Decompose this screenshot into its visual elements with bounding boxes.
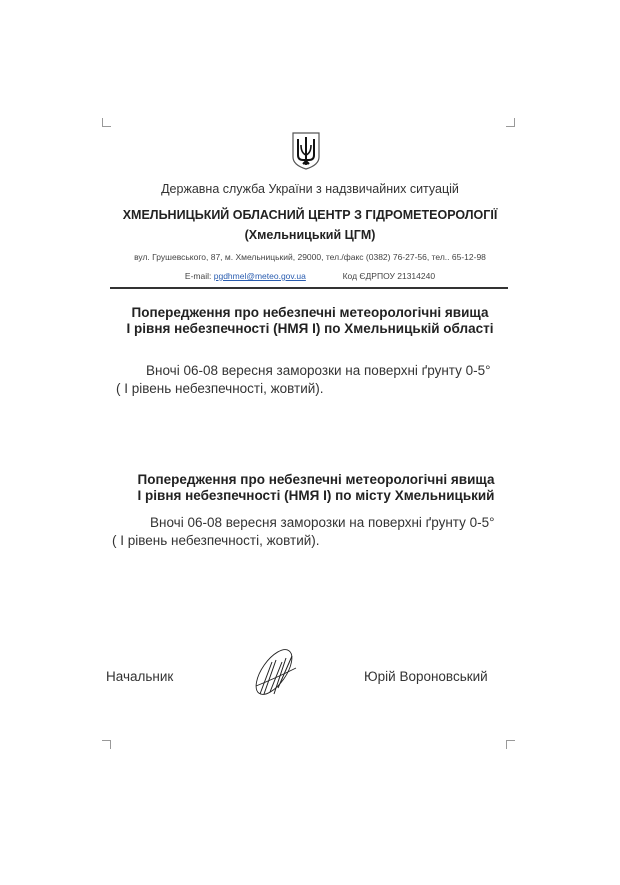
handwritten-signature xyxy=(246,648,304,700)
page-corner-mark xyxy=(102,118,111,127)
service-name: Державна служба України з надзвичайних с… xyxy=(0,182,620,196)
page-corner-mark xyxy=(506,740,515,749)
address: вул. Грушевського, 87, м. Хмельницький, … xyxy=(0,252,620,262)
organization-short-name: (Хмельницький ЦГМ) xyxy=(0,228,620,242)
warning-1-title-line1: Попередження про небезпечні метеорологіч… xyxy=(0,305,620,321)
email-link[interactable]: pgdhmel@meteo.gov.ua xyxy=(214,271,306,281)
header-divider xyxy=(110,287,508,289)
signatory-position: Начальник xyxy=(106,669,173,684)
warning-1-title-line2: І рівня небезпечності (НМЯ І) по Хмельни… xyxy=(0,321,620,337)
warning-1-body-line2: ( І рівень небезпечності, жовтий). xyxy=(116,380,324,398)
contact-line: E-mail: pgdhmel@meteo.gov.ua Код ЄДРПОУ … xyxy=(0,271,620,281)
warning-2-body-line2: ( І рівень небезпечності, жовтий). xyxy=(112,532,320,550)
page-corner-mark xyxy=(102,740,111,749)
email-label: E-mail: xyxy=(185,271,211,281)
warning-2-body-line1: Вночі 06-08 вересня заморозки на поверхн… xyxy=(150,514,495,532)
warning-2-title-line2: І рівня небезпечності (НМЯ І) по місту Х… xyxy=(6,488,620,504)
ukraine-coat-of-arms-icon xyxy=(291,131,321,171)
warning-2-title-line1: Попередження про небезпечні метеорологіч… xyxy=(6,472,620,488)
signatory-name: Юрій Вороновський xyxy=(364,669,488,684)
organization-name: ХМЕЛЬНИЦЬКИЙ ОБЛАСНИЙ ЦЕНТР З ГІДРОМЕТЕО… xyxy=(0,208,620,222)
warning-1-body-line1: Вночі 06-08 вересня заморозки на поверхн… xyxy=(146,362,491,380)
page-corner-mark xyxy=(506,118,515,127)
edrpou-code: Код ЄДРПОУ 21314240 xyxy=(343,271,435,281)
